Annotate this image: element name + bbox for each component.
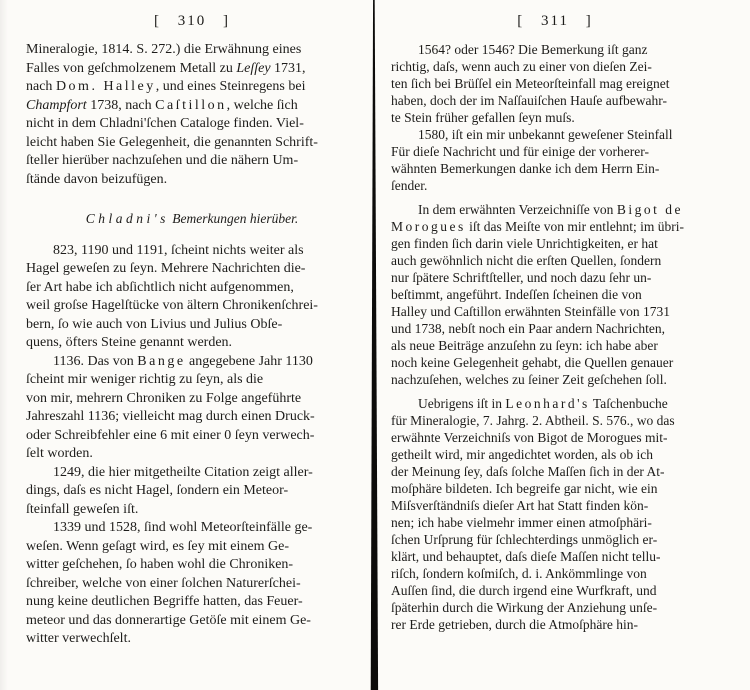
- page-right: [ 311 ] 1564? oder 1546? Die Bemerkung i…: [391, 0, 719, 633]
- text-run: Taſchenbuche für Mineralogie, 7. Jahrg. …: [391, 396, 675, 632]
- text-run: Caſtillon: [155, 98, 227, 113]
- text-run: 1339 und 1528, ſind wohl Meteorſteinfäll…: [26, 520, 312, 646]
- text-run: 823, 1190 und 1191, ſcheint nichts weite…: [26, 243, 318, 351]
- paragraph: Uebrigens iſt in Leonhard's Taſchenbuche…: [391, 395, 719, 633]
- page-number-left: [ 310 ]: [26, 13, 358, 30]
- text-run: 1564? oder 1546? Die Bemerkung iſt ganz …: [391, 42, 670, 125]
- text-run: Champfort: [26, 98, 87, 113]
- text-run: iſt das Meiſte von mir entlehnt; im übri…: [391, 219, 684, 387]
- book-scan: [ 310 ] Mineralogie, 1814. S. 272.) die …: [0, 0, 750, 690]
- paragraph: 1136. Das von Bange angegebene Jahr 1130…: [26, 353, 358, 464]
- text-run: Bemerkungen hierüber.: [169, 211, 298, 226]
- paragraph: 823, 1190 und 1191, ſcheint nichts weite…: [26, 242, 358, 353]
- paragraph: 1580, iſt ein mir unbekannt geweſener St…: [391, 126, 719, 194]
- gutter-shadow: [370, 0, 379, 690]
- text-run: 1136. Das von: [53, 354, 137, 369]
- paragraph: 1339 und 1528, ſind wohl Meteorſteinfäll…: [26, 519, 358, 649]
- paragraph: In dem erwähnten Verzeichniſſe von Bigot…: [391, 201, 719, 388]
- text-run: In dem erwähnten Verzeichniſſe von: [418, 202, 617, 217]
- text-run: Dom. Halley: [56, 79, 156, 94]
- page-left-body: Mineralogie, 1814. S. 272.) die Erwähnun…: [26, 41, 358, 649]
- text-run: Chladni's: [86, 211, 169, 226]
- page-right-body: 1564? oder 1546? Die Bemerkung iſt ganz …: [391, 41, 719, 633]
- page-number-right: [ 311 ]: [391, 13, 719, 30]
- page-left: [ 310 ] Mineralogie, 1814. S. 272.) die …: [26, 0, 358, 649]
- text-run: 1580, iſt ein mir unbekannt geweſener St…: [391, 127, 673, 193]
- text-run: 1738, nach: [87, 98, 155, 113]
- text-run: , und eines Steinregens bei: [156, 79, 306, 94]
- text-run: Uebrigens iſt in: [418, 396, 505, 411]
- paragraph: 1564? oder 1546? Die Bemerkung iſt ganz …: [391, 41, 719, 126]
- text-run: Bange: [137, 354, 185, 369]
- paragraph: Mineralogie, 1814. S. 272.) die Erwähnun…: [26, 41, 358, 189]
- text-run: Leonhard's: [505, 396, 589, 411]
- paragraph: 1249, die hier mitgetheilte Citation zei…: [26, 464, 358, 520]
- text-run: angegebene Jahr 1130 ſcheint mir weniger…: [26, 354, 315, 462]
- text-run: 1249, die hier mitgetheilte Citation zei…: [26, 465, 313, 517]
- section-heading: Chladni's Bemerkungen hierüber.: [26, 210, 358, 229]
- text-run: Leſſey: [236, 61, 270, 76]
